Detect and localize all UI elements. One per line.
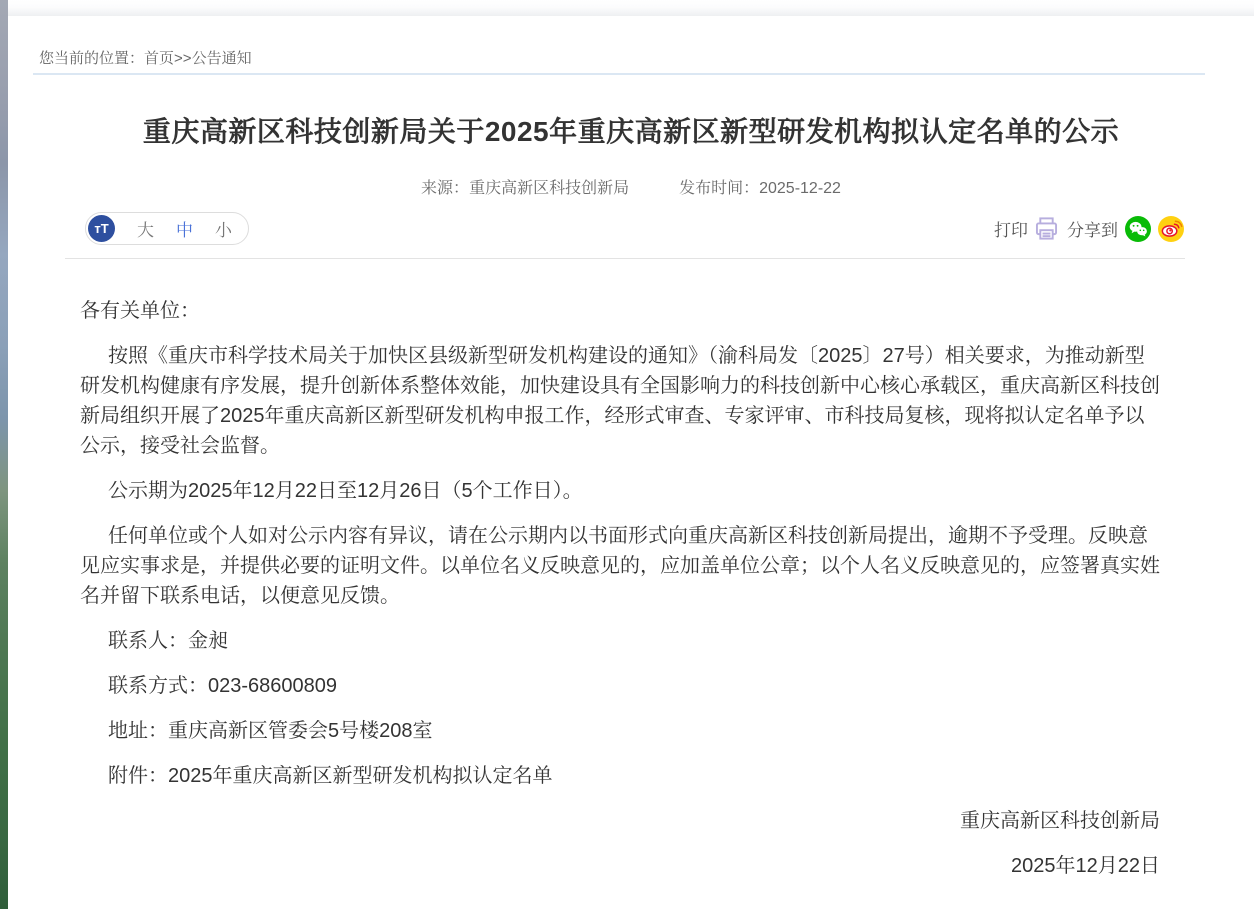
weibo-icon (1158, 216, 1184, 242)
font-size-large-button[interactable]: 大 (115, 216, 154, 241)
address-line: 地址：重庆高新区管委会5号楼208室 (80, 716, 1160, 746)
printer-icon (1033, 215, 1060, 242)
font-size-small-button[interactable]: 小 (193, 216, 232, 241)
share-wechat-button[interactable] (1125, 216, 1151, 242)
top-fade-band (8, 0, 1254, 16)
announcement-page: 您当前的位置：首页>>公告通知 重庆高新区科技创新局关于2025年重庆高新区新型… (8, 0, 1254, 909)
wechat-icon (1125, 216, 1151, 242)
article-toolbar: ᴛT 大 中 小 打印 分享到 (85, 212, 1184, 245)
signature-date: 2025年12月22日 (80, 851, 1160, 881)
share-weibo-button[interactable] (1158, 216, 1184, 242)
article-meta: 来源：重庆高新区科技创新局 发布时间：2025-12-22 (8, 175, 1254, 198)
font-size-medium-button[interactable]: 中 (154, 216, 193, 241)
breadcrumb-home-link[interactable]: 首页 (144, 50, 174, 67)
article-header: 重庆高新区科技创新局关于2025年重庆高新区新型研发机构拟认定名单的公示 来源：… (8, 112, 1254, 198)
font-size-icon: ᴛT (88, 215, 115, 242)
contact-person-line: 联系人：金昶 (80, 626, 1160, 656)
print-button[interactable]: 打印 (994, 215, 1060, 242)
print-label: 打印 (994, 216, 1028, 241)
article-body: 各有关单位： 按照《重庆市科学技术局关于加快区县级新型研发机构建设的通知》（渝科… (80, 259, 1160, 881)
attachment-link[interactable]: 附件：2025年重庆高新区新型研发机构拟认定名单 (80, 761, 1160, 791)
breadcrumb: 您当前的位置：首页>>公告通知 (33, 16, 1205, 75)
publish-value: 2025-12-22 (759, 180, 841, 197)
breadcrumb-label: 您当前的位置： (39, 50, 144, 67)
publish-field: 发布时间：2025-12-22 (679, 175, 841, 198)
paragraph-objection: 任何单位或个人如对公示内容有异议，请在公示期内以书面形式向重庆高新区科技创新局提… (80, 521, 1160, 611)
background-photo-edge (0, 0, 8, 909)
breadcrumb-separator: >> (174, 50, 192, 67)
publish-label: 发布时间： (679, 180, 759, 197)
paragraph-publicity-period: 公示期为2025年12月22日至12月26日（5个工作日）。 (80, 476, 1160, 506)
paragraph-background: 按照《重庆市科学技术局关于加快区县级新型研发机构建设的通知》（渝科局发〔2025… (80, 341, 1160, 461)
source-field: 来源：重庆高新区科技创新局 (421, 175, 629, 198)
source-value: 重庆高新区科技创新局 (469, 180, 629, 197)
font-size-widget: ᴛT 大 中 小 (85, 212, 249, 245)
contact-phone-line: 联系方式：023-68600809 (80, 671, 1160, 701)
salutation: 各有关单位： (80, 296, 1160, 326)
share-to-label: 分享到 (1067, 216, 1118, 241)
breadcrumb-section-link[interactable]: 公告通知 (192, 50, 252, 67)
source-label: 来源： (421, 180, 469, 197)
page-title: 重庆高新区科技创新局关于2025年重庆高新区新型研发机构拟认定名单的公示 (53, 112, 1209, 152)
signature-org: 重庆高新区科技创新局 (80, 806, 1160, 836)
share-tools: 打印 分享到 (994, 215, 1184, 242)
